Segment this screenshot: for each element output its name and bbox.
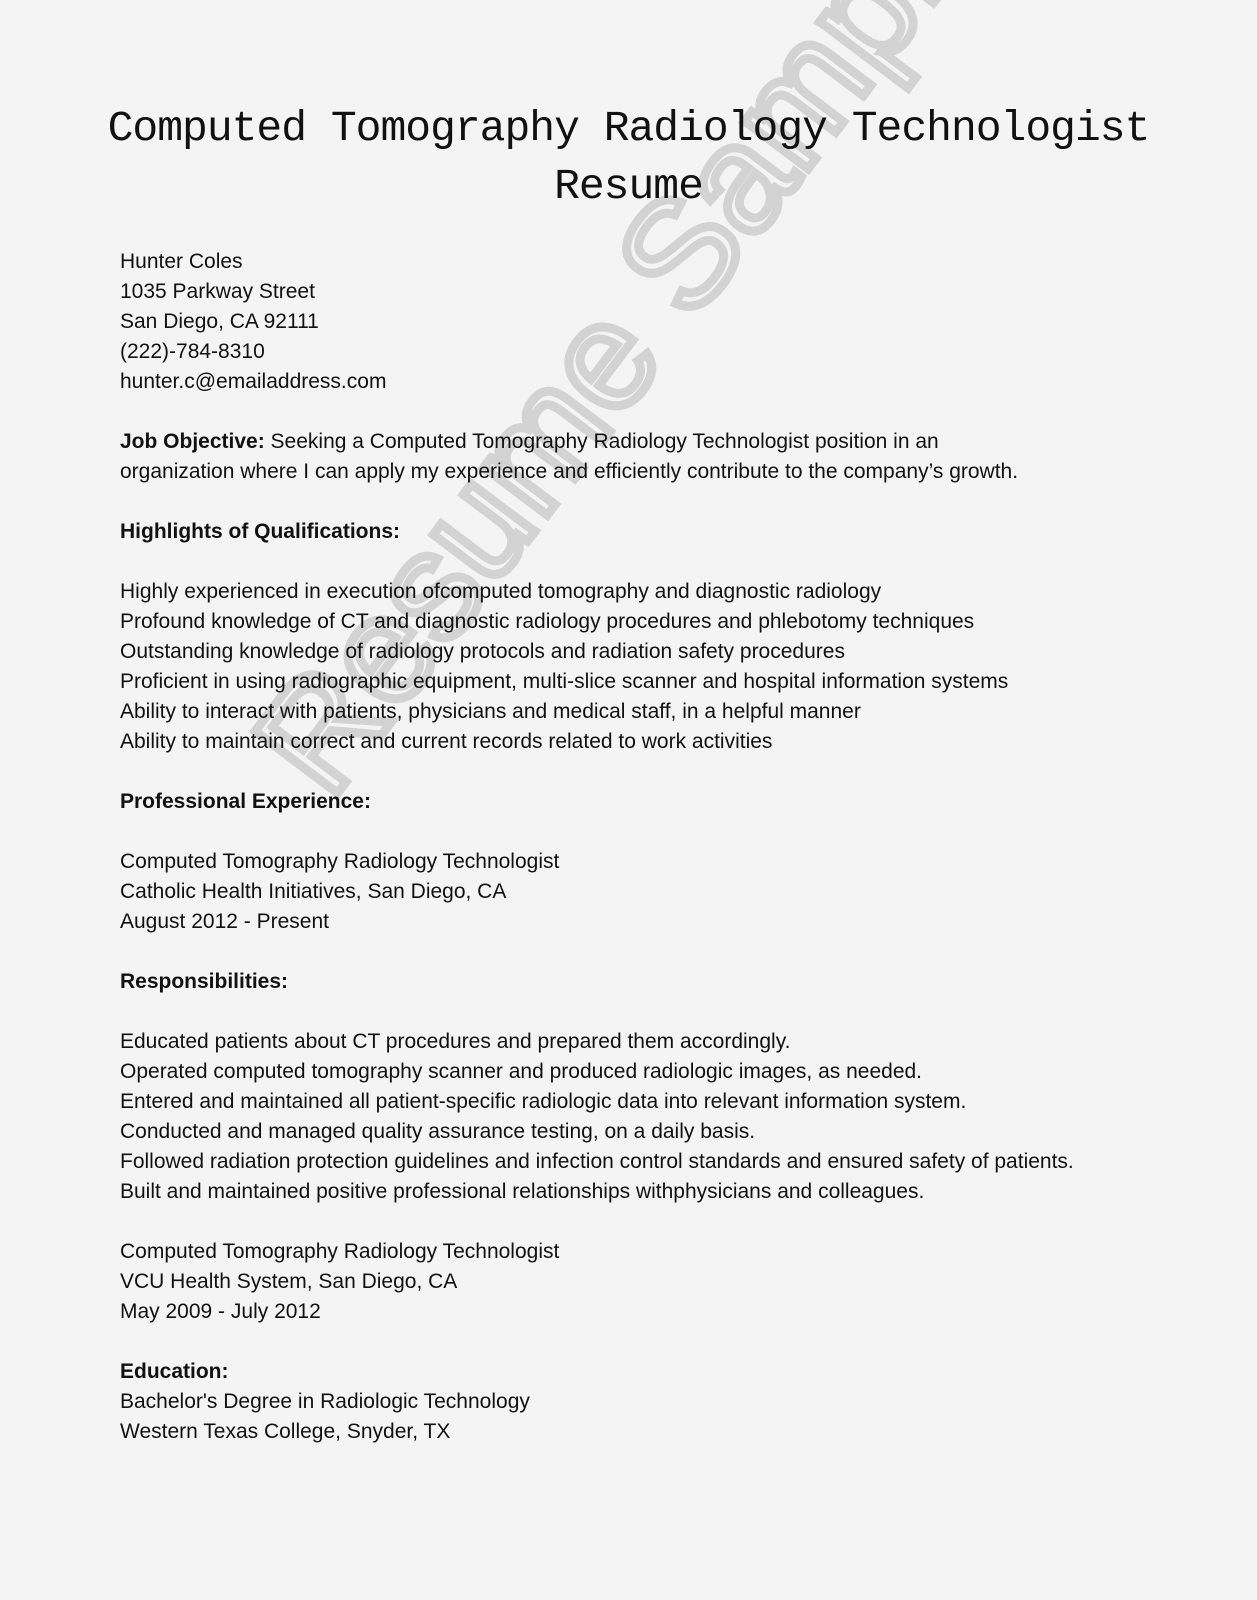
job-employer: VCU Health System, San Diego, CA — [120, 1267, 1120, 1297]
job-entry: Computed Tomography Radiology Technologi… — [120, 847, 1120, 937]
title-line-1: Computed Tomography Radiology Technologi… — [0, 100, 1257, 158]
section-heading: Highlights of Qualifications: — [120, 517, 1120, 547]
list-item: Proficient in using radiographic equipme… — [120, 667, 1120, 697]
list-item: Educated patients about CT procedures an… — [120, 1027, 1120, 1057]
title-line-2: Resume — [0, 158, 1257, 216]
job-title: Computed Tomography Radiology Technologi… — [120, 1237, 1120, 1267]
experience-section: Professional Experience: Computed Tomogr… — [120, 787, 1120, 937]
education-section: Education: Bachelor's Degree in Radiolog… — [120, 1357, 1120, 1447]
list-item: Operated computed tomography scanner and… — [120, 1057, 1120, 1087]
section-heading: Professional Experience: — [120, 787, 1120, 817]
list-item: Ability to interact with patients, physi… — [120, 697, 1120, 727]
contact-block: Hunter Coles 1035 Parkway Street San Die… — [120, 247, 1120, 397]
contact-email: hunter.c@emailaddress.com — [120, 367, 1120, 397]
list-item: Followed radiation protection guidelines… — [120, 1147, 1080, 1177]
page-title: Computed Tomography Radiology Technologi… — [0, 100, 1257, 216]
list-item: Entered and maintained all patient-speci… — [120, 1087, 1120, 1117]
objective-label: Job Objective: — [120, 430, 265, 453]
list-item: Profound knowledge of CT and diagnostic … — [120, 607, 1120, 637]
job-employer: Catholic Health Initiatives, San Diego, … — [120, 877, 1120, 907]
education-degree: Bachelor's Degree in Radiologic Technolo… — [120, 1387, 1120, 1417]
list-item: Conducted and managed quality assurance … — [120, 1117, 1120, 1147]
job-entry: Computed Tomography Radiology Technologi… — [120, 1237, 1120, 1327]
contact-phone: (222)-784-8310 — [120, 337, 1120, 367]
objective-section: Job Objective: Seeking a Computed Tomogr… — [120, 427, 1120, 487]
section-heading: Responsibilities: — [120, 967, 1120, 997]
contact-street: 1035 Parkway Street — [120, 277, 1120, 307]
contact-name: Hunter Coles — [120, 247, 1120, 277]
section-heading: Education: — [120, 1357, 1120, 1387]
job-dates: August 2012 - Present — [120, 907, 1120, 937]
objective-text-2: organization where I can apply my experi… — [120, 457, 1120, 487]
list-item: Built and maintained positive profession… — [120, 1177, 1120, 1207]
list-item: Highly experienced in execution ofcomput… — [120, 577, 1120, 607]
list-item: Ability to maintain correct and current … — [120, 727, 1120, 757]
highlights-section: Highlights of Qualifications: Highly exp… — [120, 517, 1120, 757]
responsibilities-section: Responsibilities: Educated patients abou… — [120, 967, 1120, 1207]
job-title: Computed Tomography Radiology Technologi… — [120, 847, 1120, 877]
education-school: Western Texas College, Snyder, TX — [120, 1417, 1120, 1447]
objective-text-1: Seeking a Computed Tomography Radiology … — [265, 430, 939, 453]
resume-body: Hunter Coles 1035 Parkway Street San Die… — [120, 247, 1120, 1447]
job-dates: May 2009 - July 2012 — [120, 1297, 1120, 1327]
contact-city: San Diego, CA 92111 — [120, 307, 1120, 337]
list-item: Outstanding knowledge of radiology proto… — [120, 637, 1120, 667]
